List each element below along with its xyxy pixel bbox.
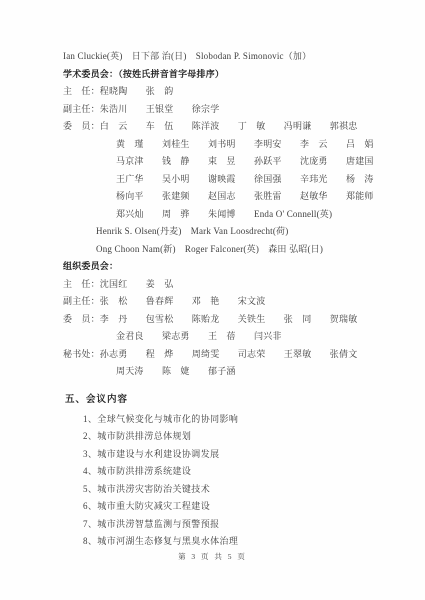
committee-member-row: Henrik S. Olsen(丹麦) Mark Van Loosdrecht(… bbox=[96, 223, 407, 241]
committee-member-row: 副主任：张 松 鲁春辉 邓 艳 宋文波 bbox=[63, 293, 407, 311]
international-members-row: Ian Cluckie(英) 日下部 治(日) Slobodan P. Simo… bbox=[63, 48, 407, 66]
agenda-item: 1、全球气候变化与城市化的协同影响 bbox=[83, 411, 407, 429]
academic-committee-heading: 学术委员会：（按姓氏拼音首字母排序） bbox=[63, 66, 407, 84]
committee-member-row: 杨向平 张建频 赵国志 张胜雷 赵敏华 郑能师 bbox=[116, 188, 407, 206]
committee-member-row: 副主任：朱浩川 王银堂 徐宗学 bbox=[63, 101, 407, 119]
committee-member-row: 金君良 梁志勇 王 蓓 闫兴非 bbox=[116, 328, 407, 346]
agenda-item: 5、城市洪涝灾害防治关键技术 bbox=[83, 481, 407, 499]
committee-member-row: 委 员：白 云 车 伍 陈洋波 丁 敏 冯明谦 郭祺忠 bbox=[63, 118, 407, 136]
committee-member-row: 委 员：李 丹 包雪松 陈贻龙 关铁生 张 同 贺瑞敏 bbox=[63, 311, 407, 329]
organizing-committee-heading: 组织委员会： bbox=[63, 258, 407, 276]
committee-member-row: 主 任：沈国红 姜 弘 bbox=[63, 276, 407, 294]
organizing-committee-rows: 主 任：沈国红 姜 弘副主任：张 松 鲁春辉 邓 艳 宋文波委 员：李 丹 包雪… bbox=[63, 276, 407, 381]
committee-member-row: 周天涛 陈 婕 郁子涵 bbox=[116, 363, 407, 381]
agenda-item: 8、城市河湖生态修复与黑臭水体治理 bbox=[83, 533, 407, 551]
agenda-item: 7、城市洪涝智慧监测与预警预报 bbox=[83, 516, 407, 534]
agenda-item: 2、城市防洪排涝总体规划 bbox=[83, 428, 407, 446]
page-number: 第 3 页 共 5 页 bbox=[0, 551, 425, 562]
document-page: Ian Cluckie(英) 日下部 治(日) Slobodan P. Simo… bbox=[0, 0, 425, 600]
committee-member-row: 秘书处：孙志勇 程 烨 周绮雯 司志荣 王翠敏 张倩文 bbox=[63, 346, 407, 364]
committee-member-row: 马京津 钱 静 束 昱 孙跃平 沈庞勇 唐建国 bbox=[116, 153, 407, 171]
agenda-section-title: 五、会议内容 bbox=[65, 391, 407, 409]
agenda-item: 6、城市重大防灾减灾工程建设 bbox=[83, 498, 407, 516]
agenda-items: 1、全球气候变化与城市化的协同影响2、城市防洪排涝总体规划3、城市建设与水利建设… bbox=[63, 411, 407, 551]
committee-member-row: 黄 瑾 刘桂生 刘书明 李明安 李 云 吕 娟 bbox=[116, 136, 407, 154]
committee-member-row: 王广华 吴小明 谢映霞 徐国强 辛玮光 杨 涛 bbox=[116, 171, 407, 189]
committee-member-row: 郑兴灿 周 骅 朱闻博 Enda O' Connell(英) bbox=[116, 206, 407, 224]
committee-member-row: 主 任：程晓陶 张 韵 bbox=[63, 83, 407, 101]
committee-member-row: Ong Choon Nam(新) Roger Falconer(英) 森田 弘昭… bbox=[96, 241, 407, 259]
academic-committee-rows: 主 任：程晓陶 张 韵副主任：朱浩川 王银堂 徐宗学委 员：白 云 车 伍 陈洋… bbox=[63, 83, 407, 258]
agenda-item: 3、城市建设与水利建设协调发展 bbox=[83, 446, 407, 464]
agenda-item: 4、城市防洪排涝系统建设 bbox=[83, 463, 407, 481]
